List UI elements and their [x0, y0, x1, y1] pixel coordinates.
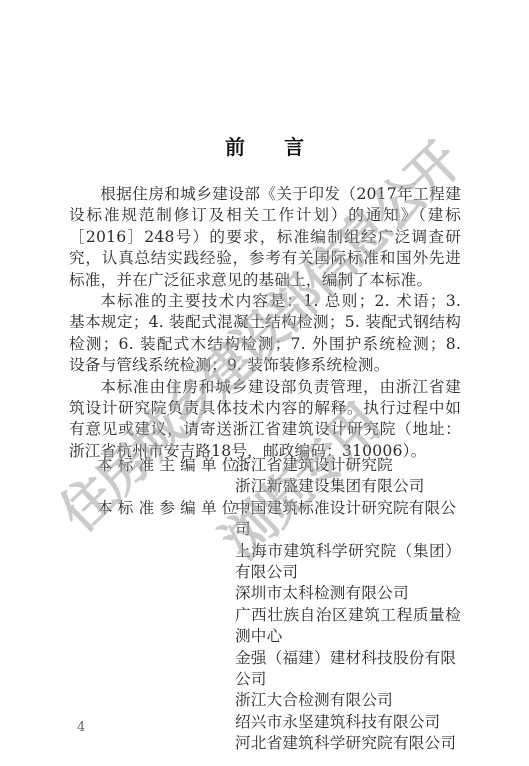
chief-editor-unit: 浙江新盛建设集团有限公司	[235, 476, 461, 497]
chief-editor-label: 本标准主编单位：	[69, 455, 235, 498]
participating-unit: 上海市建筑科学研究院（集团）有限公司	[235, 541, 461, 584]
paragraph-management: 本标准由住房和城乡建设部负责管理，由浙江省建筑设计研究院负责具体技术内容的解释。…	[69, 377, 461, 463]
participating-unit: 中国建筑标准设计研究院有限公司	[235, 498, 461, 541]
title-char-1: 前	[225, 131, 245, 160]
participating-unit: 金强（福建）建材科技股份有限公司	[235, 648, 461, 691]
document-page: 前言 根据住房和城乡建设部《关于印发（2017年工程建设标准规范制修订及相关工作…	[0, 0, 529, 766]
foreword-body: 根据住房和城乡建设部《关于印发（2017年工程建设标准规范制修订及相关工作计划）…	[69, 184, 461, 462]
chief-editor-unit: 浙江省建筑设计研究院	[235, 455, 461, 476]
editing-units: 本标准主编单位： 浙江省建筑设计研究院 浙江新盛建设集团有限公司 本标准参编单位…	[69, 455, 469, 755]
page-number: 4	[77, 720, 85, 735]
page-title: 前言	[0, 131, 529, 160]
participating-unit: 深圳市太科检测有限公司	[235, 583, 461, 604]
participating-unit: 广西壮族自治区建筑工程质量检测中心	[235, 605, 461, 648]
paragraph-background: 根据住房和城乡建设部《关于印发（2017年工程建设标准规范制修订及相关工作计划）…	[69, 184, 461, 291]
participating-editor-label: 本标准参编单位：	[69, 498, 235, 755]
title-char-2: 言	[284, 131, 304, 160]
participating-unit: 浙江大合检测有限公司	[235, 690, 461, 711]
participating-unit: 河北省建筑科学研究院有限公司	[235, 733, 461, 754]
participating-editor-units: 本标准参编单位： 中国建筑标准设计研究院有限公司 上海市建筑科学研究院（集团）有…	[69, 498, 469, 755]
chief-editor-units: 本标准主编单位： 浙江省建筑设计研究院 浙江新盛建设集团有限公司	[69, 455, 469, 498]
participating-unit: 绍兴市永坚建筑科技有限公司	[235, 712, 461, 733]
paragraph-contents: 本标准的主要技术内容是：1. 总则；2. 术语；3. 基本规定；4. 装配式混凝…	[69, 291, 461, 377]
